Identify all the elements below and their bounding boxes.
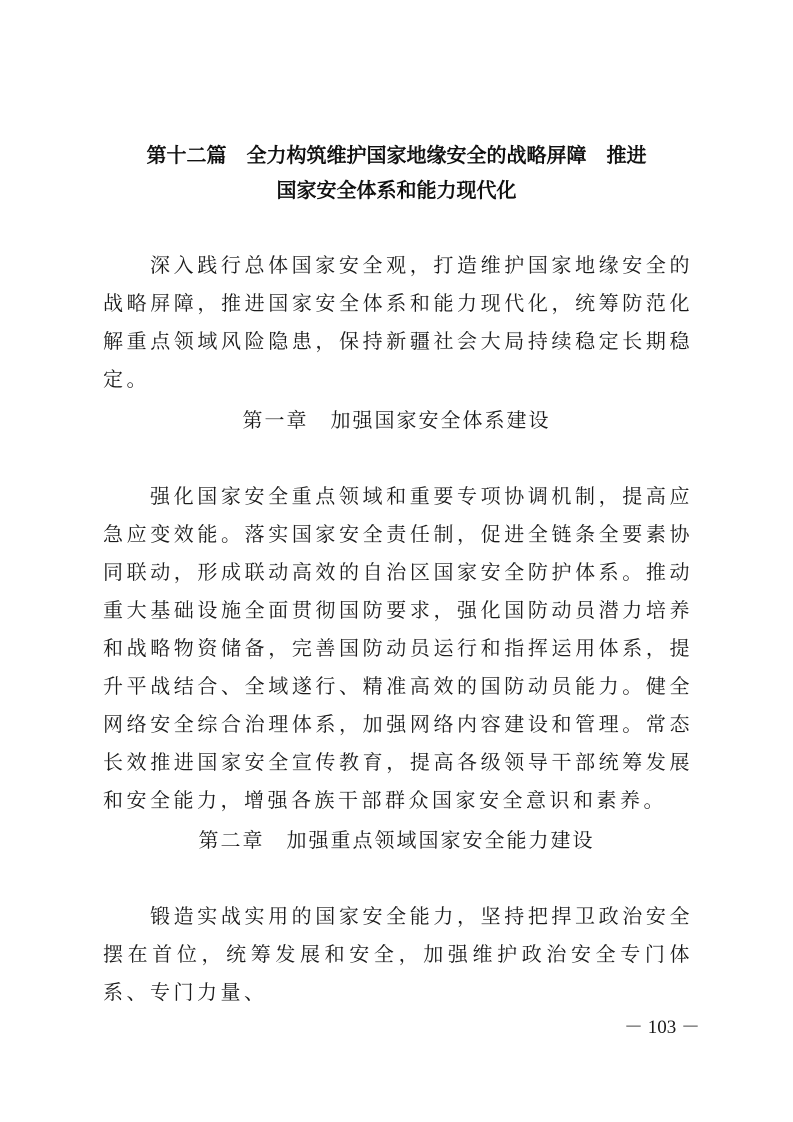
part-title-line-1: 第十二篇 全力构筑维护国家地缘安全的战略屏障 推进 bbox=[0, 142, 793, 168]
intro-paragraph: 深入践行总体国家安全观，打造维护国家地缘安全的战略屏障，推进国家安全体系和能力现… bbox=[103, 246, 693, 398]
chapter-2-paragraph: 锻造实战实用的国家安全能力，坚持把捍卫政治安全摆在首位，统筹发展和安全，加强维护… bbox=[103, 897, 693, 1011]
chapter-1-heading: 第一章 加强国家安全体系建设 bbox=[0, 407, 793, 433]
chapter-2-heading: 第二章 加强重点领域国家安全能力建设 bbox=[0, 827, 793, 853]
part-title-line-2: 国家安全体系和能力现代化 bbox=[0, 177, 793, 203]
document-page: 第十二篇 全力构筑维护国家地缘安全的战略屏障 推进 国家安全体系和能力现代化 深… bbox=[0, 0, 793, 1122]
page-number: － 103 － bbox=[612, 1016, 712, 1040]
chapter-1-paragraph: 强化国家安全重点领域和重要专项协调机制，提高应急应变效能。落实国家安全责任制，促… bbox=[103, 477, 693, 819]
